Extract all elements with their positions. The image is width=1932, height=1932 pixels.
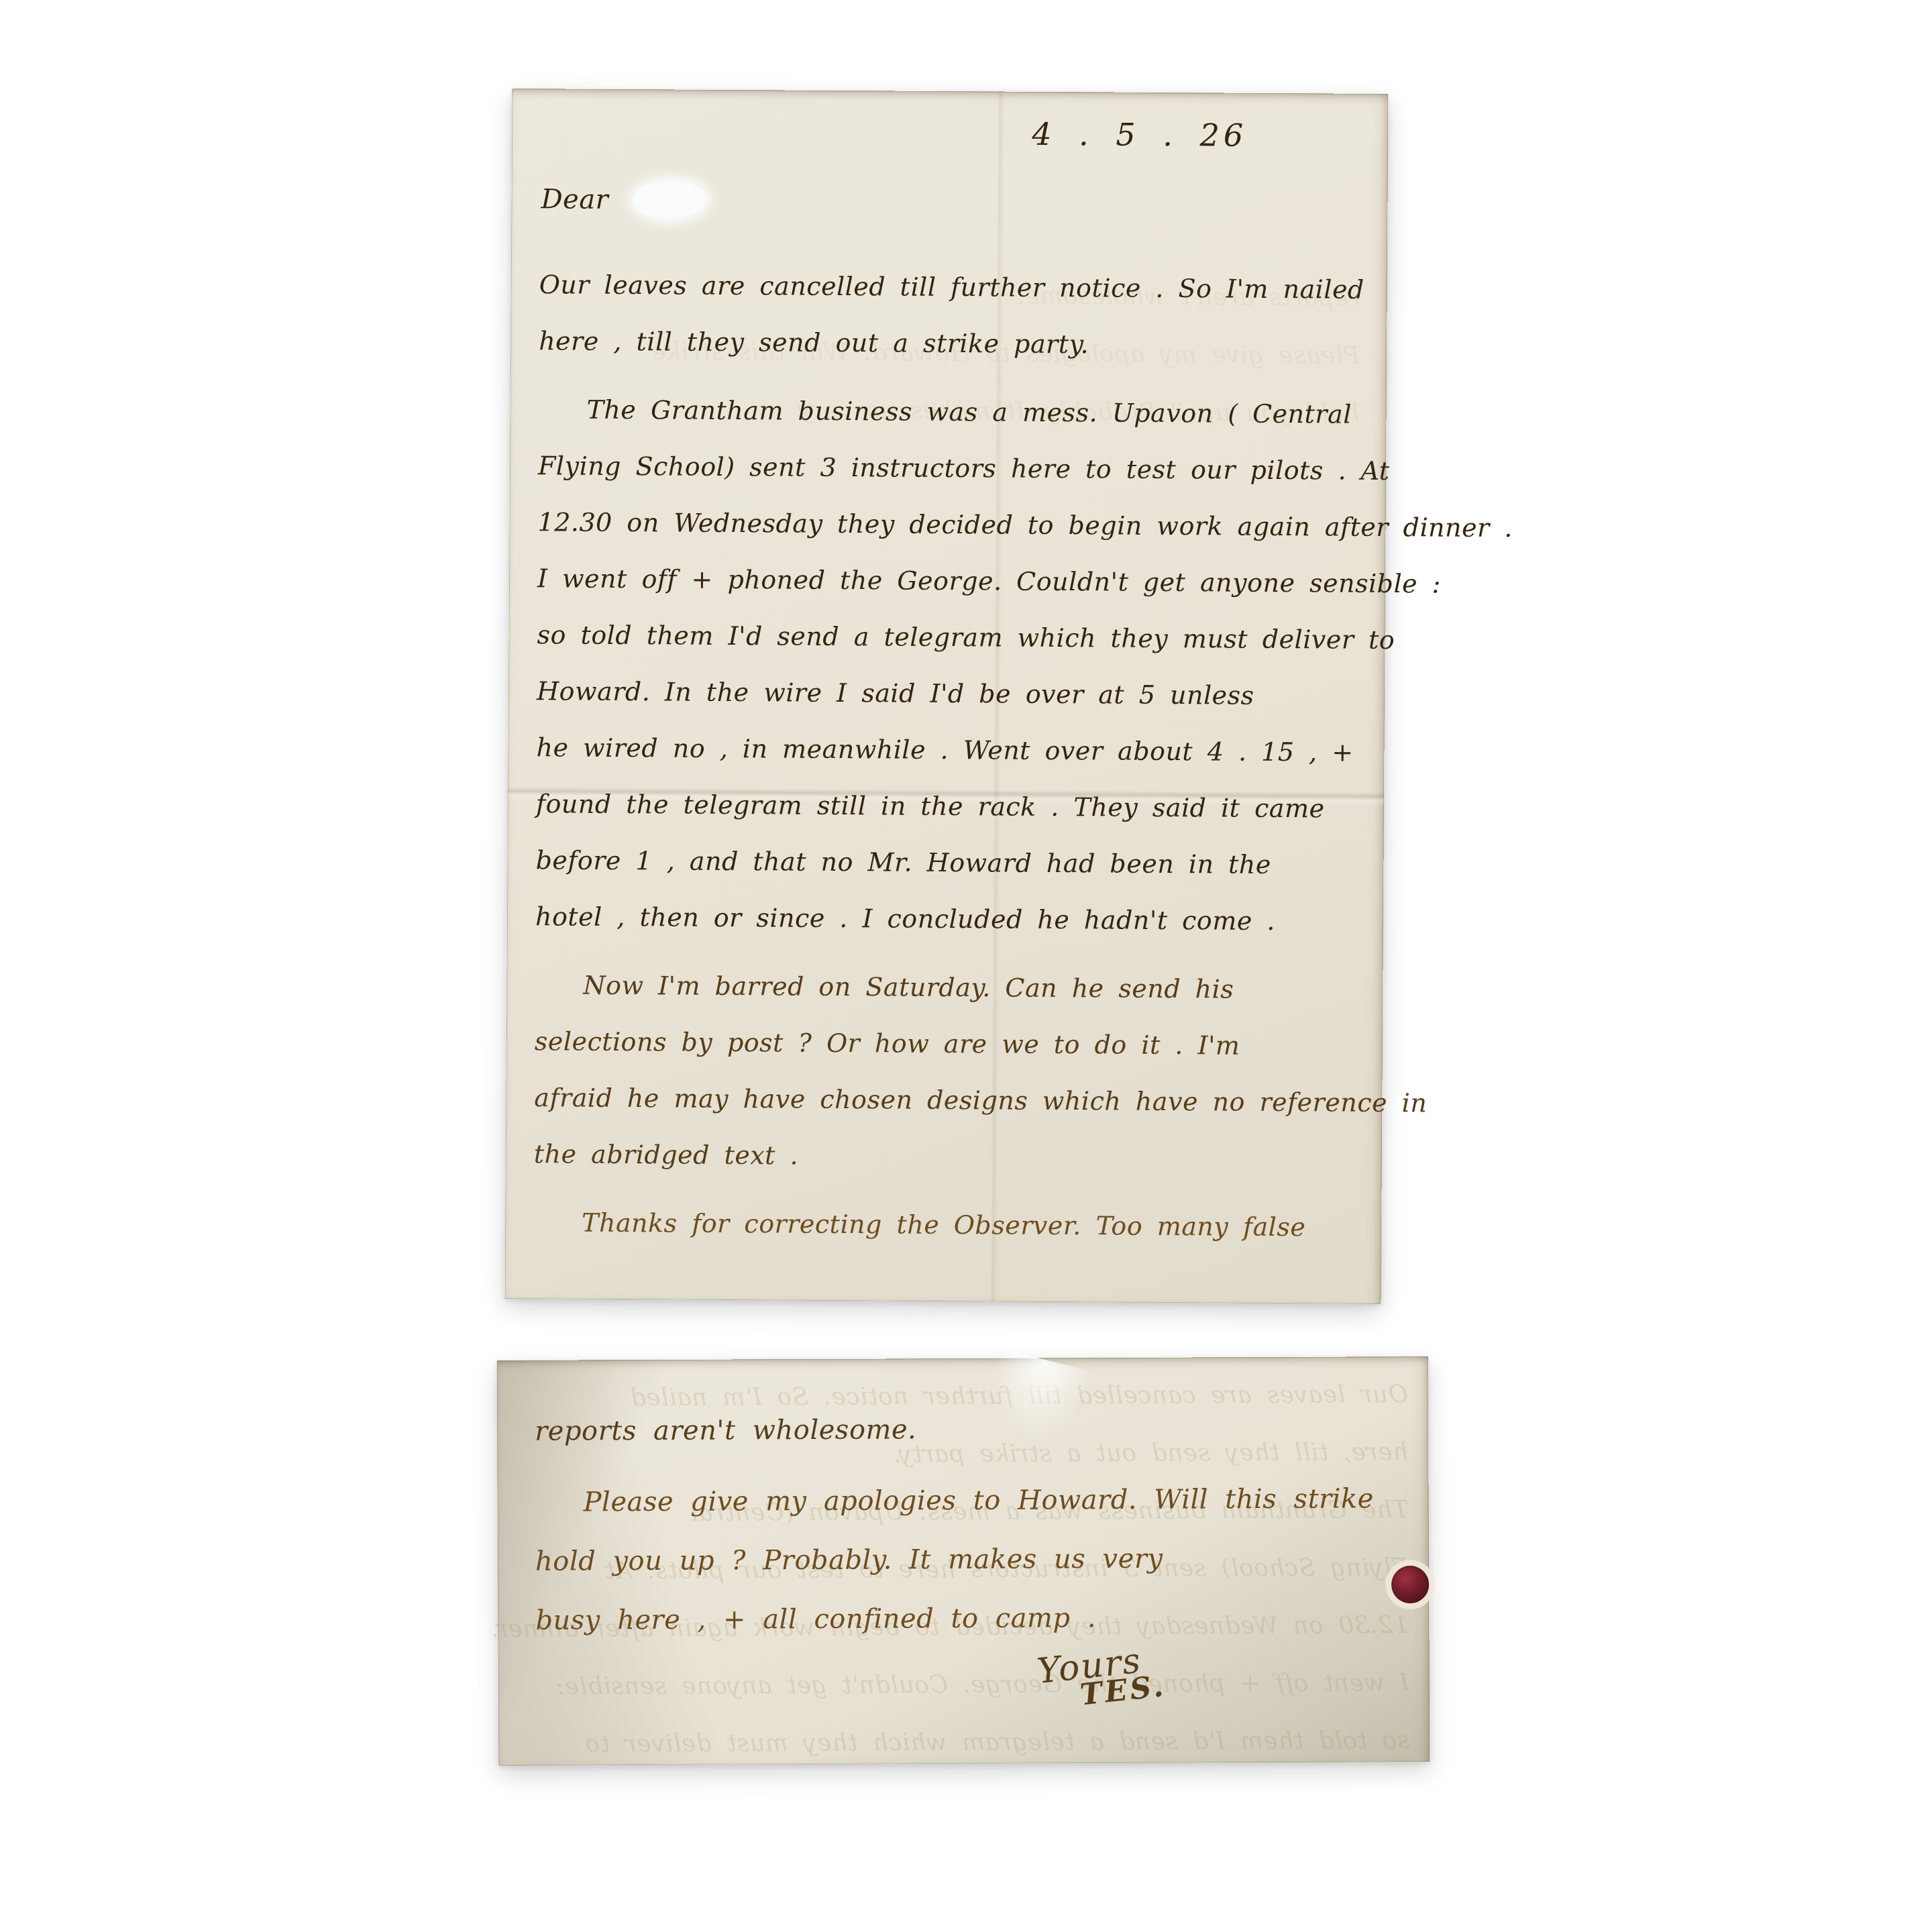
fragment-body: reports aren't wholesome.Please give my … [535,1398,1409,1650]
handwritten-line: hotel , then or since . I concluded he h… [535,888,1363,950]
handwritten-line: Our leaves are cancelled till further no… [539,256,1366,318]
handwritten-line: before 1 , and that no Mr. Howard had be… [535,832,1363,894]
handwritten-line: hold you up ? Probably. It makes us very [535,1528,1409,1591]
handwritten-line: found the telegram still in the rack . T… [536,775,1364,837]
closing-block: Yours TES. [1035,1638,1167,1717]
handwritten-line: reports aren't wholesome. [535,1398,1408,1461]
handwritten-line: Howard. In the wire I said I'd be over a… [537,663,1364,724]
photo-canvas: reports aren't wholesome.Please give my … [0,0,1932,1932]
letter-date: 4 . 5 . 26 [1032,116,1247,154]
handwritten-line: here , till they send out a strike party… [539,313,1366,374]
handwritten-line: afraid he may have chosen designs which … [534,1069,1362,1131]
salutation-row: Dear [541,180,706,220]
letter-page-2-fragment: Our leaves are cancelled till further no… [497,1356,1430,1766]
red-wax-seal-dot [1391,1566,1429,1603]
letter-page-1: reports aren't wholesome.Please give my … [505,89,1389,1304]
handwritten-line: Thanks for correcting the Observer. Too … [533,1194,1361,1256]
handwritten-line: The Grantham business was a mess. Upavon… [538,381,1366,443]
handwritten-line: Flying School) sent 3 instructors here t… [538,437,1366,499]
ghost-line: I went off + phoned the George. Couldn't… [519,1654,1409,1716]
handwritten-line: busy here , + all confined to camp . [535,1587,1409,1650]
handwritten-line: 12.30 on Wednesday they decided to begin… [537,494,1365,555]
ghost-line: so told them I'd send a telegram which t… [519,1712,1409,1774]
salutation-text: Dear [541,184,608,215]
handwritten-line: I went off + phoned the George. Couldn't… [537,550,1365,612]
handwritten-line: Now I'm barred on Saturday. Can he send … [535,957,1362,1018]
handwritten-line: he wired no , in meanwhile . Went over a… [536,719,1364,781]
erased-name-smudge [633,180,706,220]
handwritten-line: Please give my apologies to Howard. Will… [535,1469,1408,1532]
page1-body: Our leaves are cancelled till further no… [533,256,1367,1256]
handwritten-line: the abridged text . [534,1126,1362,1187]
handwritten-line: so told them I'd send a telegram which t… [537,606,1364,668]
handwritten-line: selections by post ? Or how are we to do… [535,1013,1362,1075]
